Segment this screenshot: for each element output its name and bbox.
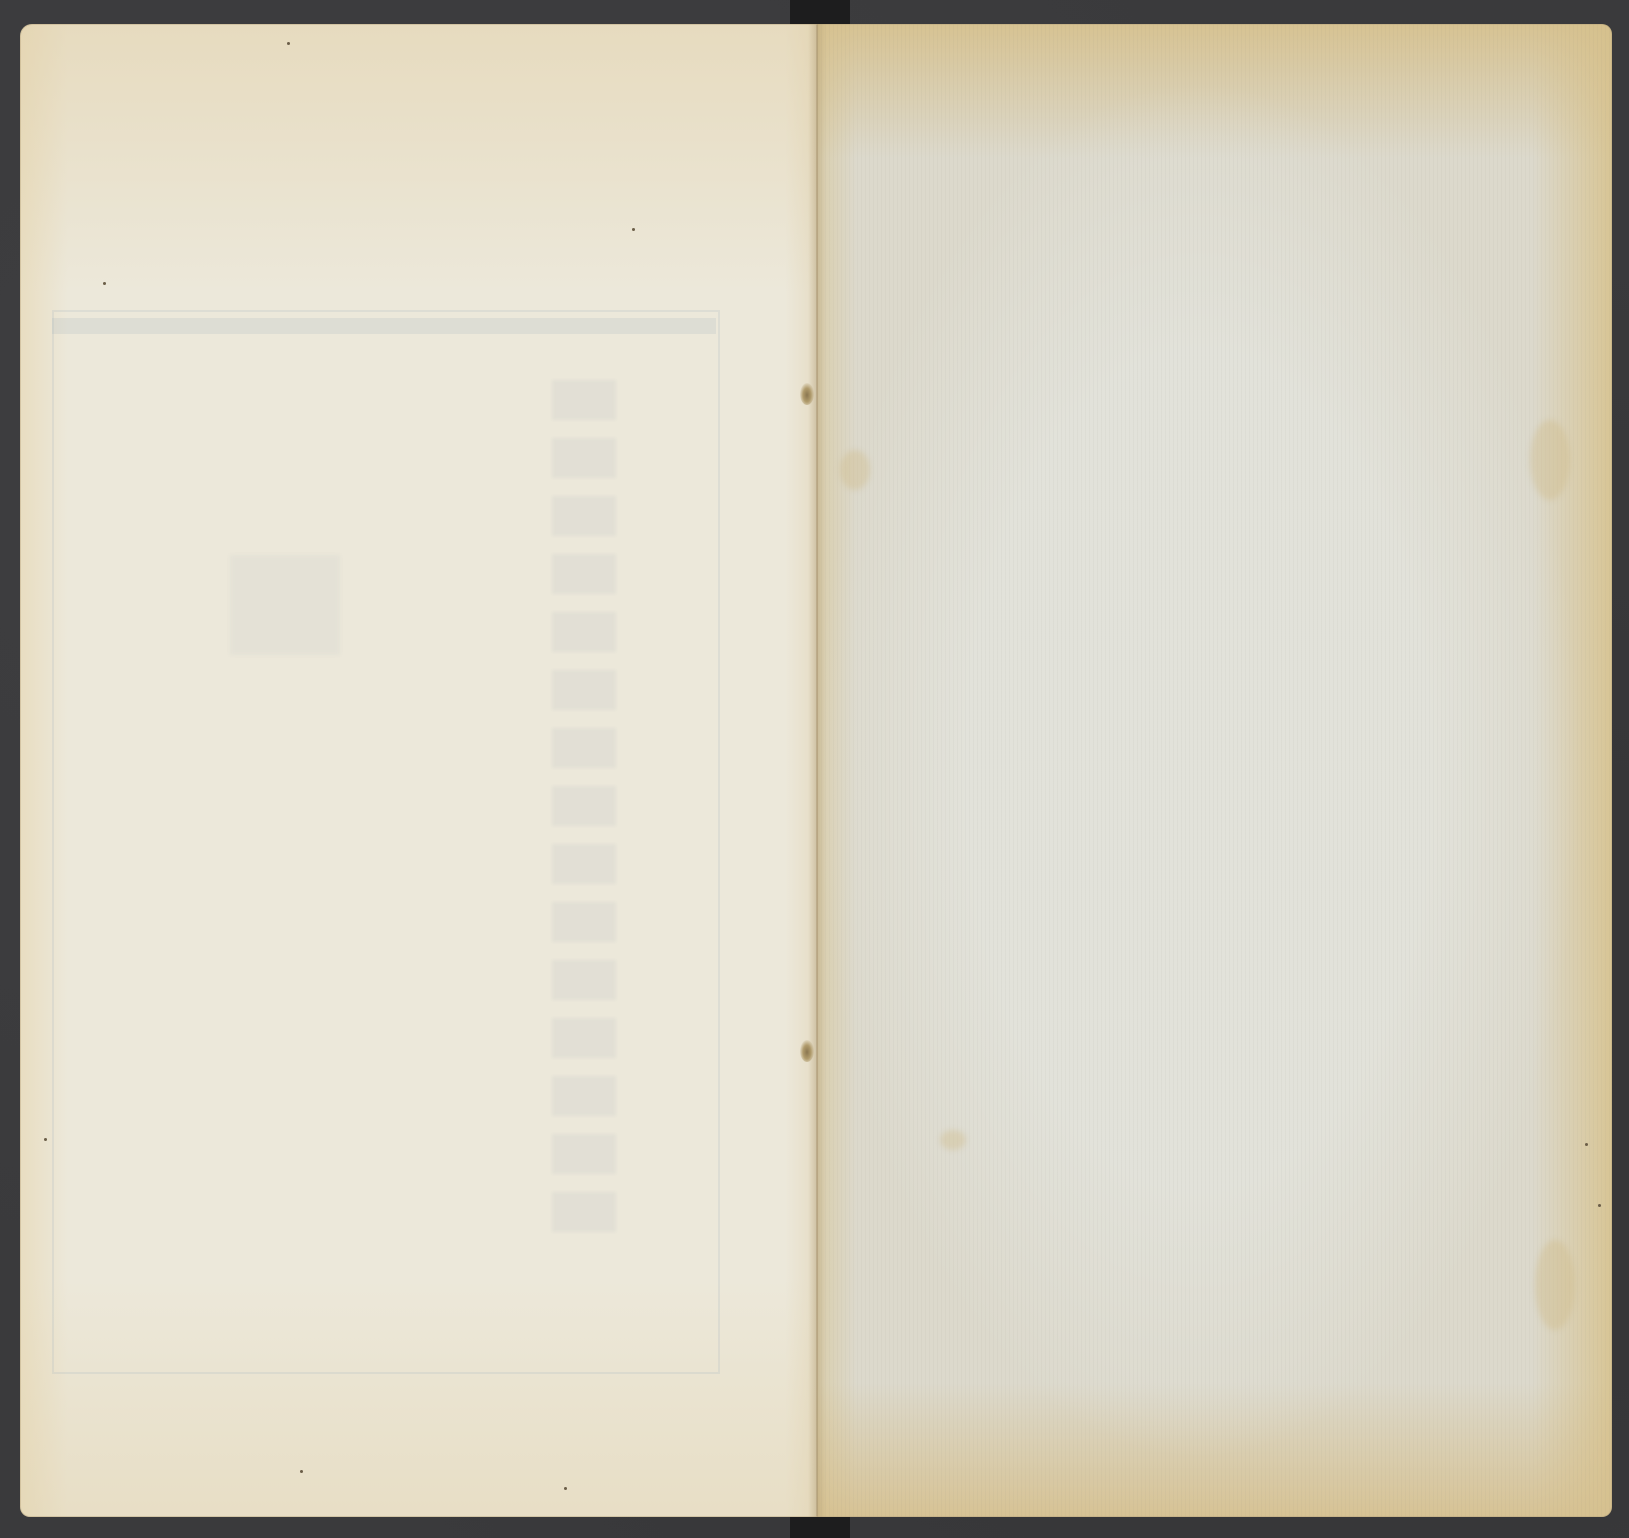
stain [1535,1240,1575,1330]
spine-bottom [790,1516,850,1538]
bleed-through-top-band [52,318,716,334]
stain [840,450,870,490]
scan-background [0,0,1629,1538]
speck [564,1487,567,1490]
stitch-hole-lower [800,1040,814,1062]
speck [1585,1143,1588,1146]
speck [44,1138,47,1141]
right-page [817,24,1612,1517]
speck [103,282,106,285]
speck [287,42,290,45]
speck [1598,1204,1601,1207]
stain [1530,420,1570,500]
stitch-hole-upper [800,383,814,405]
bleed-through-text-column [552,380,616,1240]
speck [300,1470,303,1473]
bleed-through-frame [52,310,720,1374]
spine-top [790,0,850,24]
speck [632,228,635,231]
stain [940,1130,966,1150]
bleed-through-block [230,555,340,655]
book-gutter [808,24,826,1517]
